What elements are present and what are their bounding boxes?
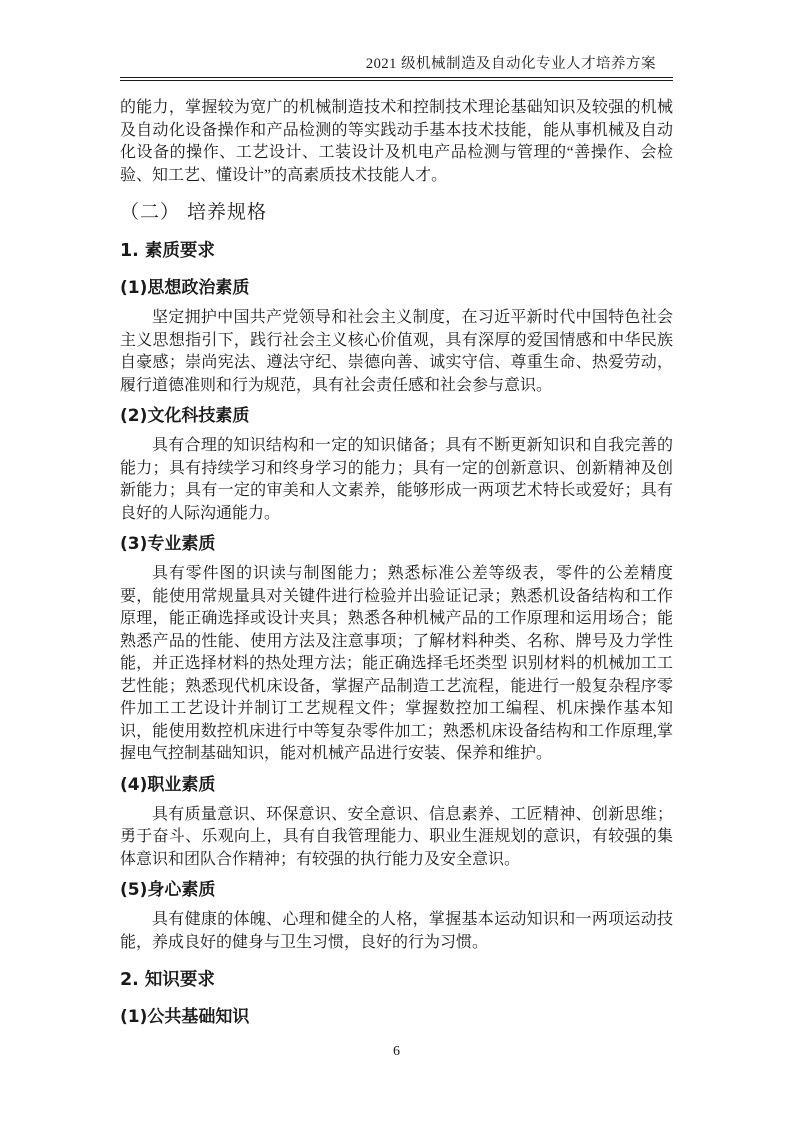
item-heading-public-basic-knowledge: (1)公共基础知识 — [120, 1006, 673, 1029]
section-heading-training-specs: （二） 培养规格 — [120, 199, 673, 225]
header-title: 2021 级机械制造及自动化专业人才培养方案 — [120, 56, 673, 73]
page-header: 2021 级机械制造及自动化专业人才培养方案 — [120, 56, 673, 81]
subsection-heading-quality-requirements: 1. 素质要求 — [120, 239, 673, 263]
item-body-occupational-quality: 具有质量意识、环保意识、安全意识、信息素养、工匠精神、创新思维；勇于奋斗、乐观向… — [120, 804, 673, 872]
header-double-rule — [120, 77, 673, 81]
item-body-physical-mental-quality: 具有健康的体魄、心理和健全的人格，掌握基本运动知识和一两项运动技能，养成良好的健… — [120, 909, 673, 954]
page-number: 6 — [393, 1044, 400, 1059]
item-heading-physical-mental-quality: (5)身心素质 — [120, 879, 673, 902]
intro-paragraph: 的能力，掌握较为宽广的机械制造技术和控制技术理论基础知识及较强的机械及自动化设备… — [120, 97, 673, 187]
item-body-ideological-political-quality: 坚定拥护中国共产党领导和社会主义制度，在习近平新时代中国特色社会主义思想指引下，… — [120, 307, 673, 397]
item-heading-occupational-quality: (4)职业素质 — [120, 774, 673, 797]
item-heading-ideological-political-quality: (1)思想政治素质 — [120, 277, 673, 300]
item-body-professional-quality: 具有零件图的识读与制图能力；熟悉标准公差等级表，零件的公差精度要，能使用常规量具… — [120, 563, 673, 766]
item-heading-cultural-scitech-quality: (2)文化科技素质 — [120, 405, 673, 428]
item-heading-professional-quality: (3)专业素质 — [120, 533, 673, 556]
subsection-heading-knowledge-requirements: 2. 知识要求 — [120, 968, 673, 992]
page-footer: 6 — [0, 1044, 793, 1060]
item-body-cultural-scitech-quality: 具有合理的知识结构和一定的知识储备；具有不断更新知识和自我完善的能力；具有持续学… — [120, 435, 673, 525]
document-page: 2021 级机械制造及自动化专业人才培养方案 的能力，掌握较为宽广的机械制造技术… — [0, 0, 793, 1122]
